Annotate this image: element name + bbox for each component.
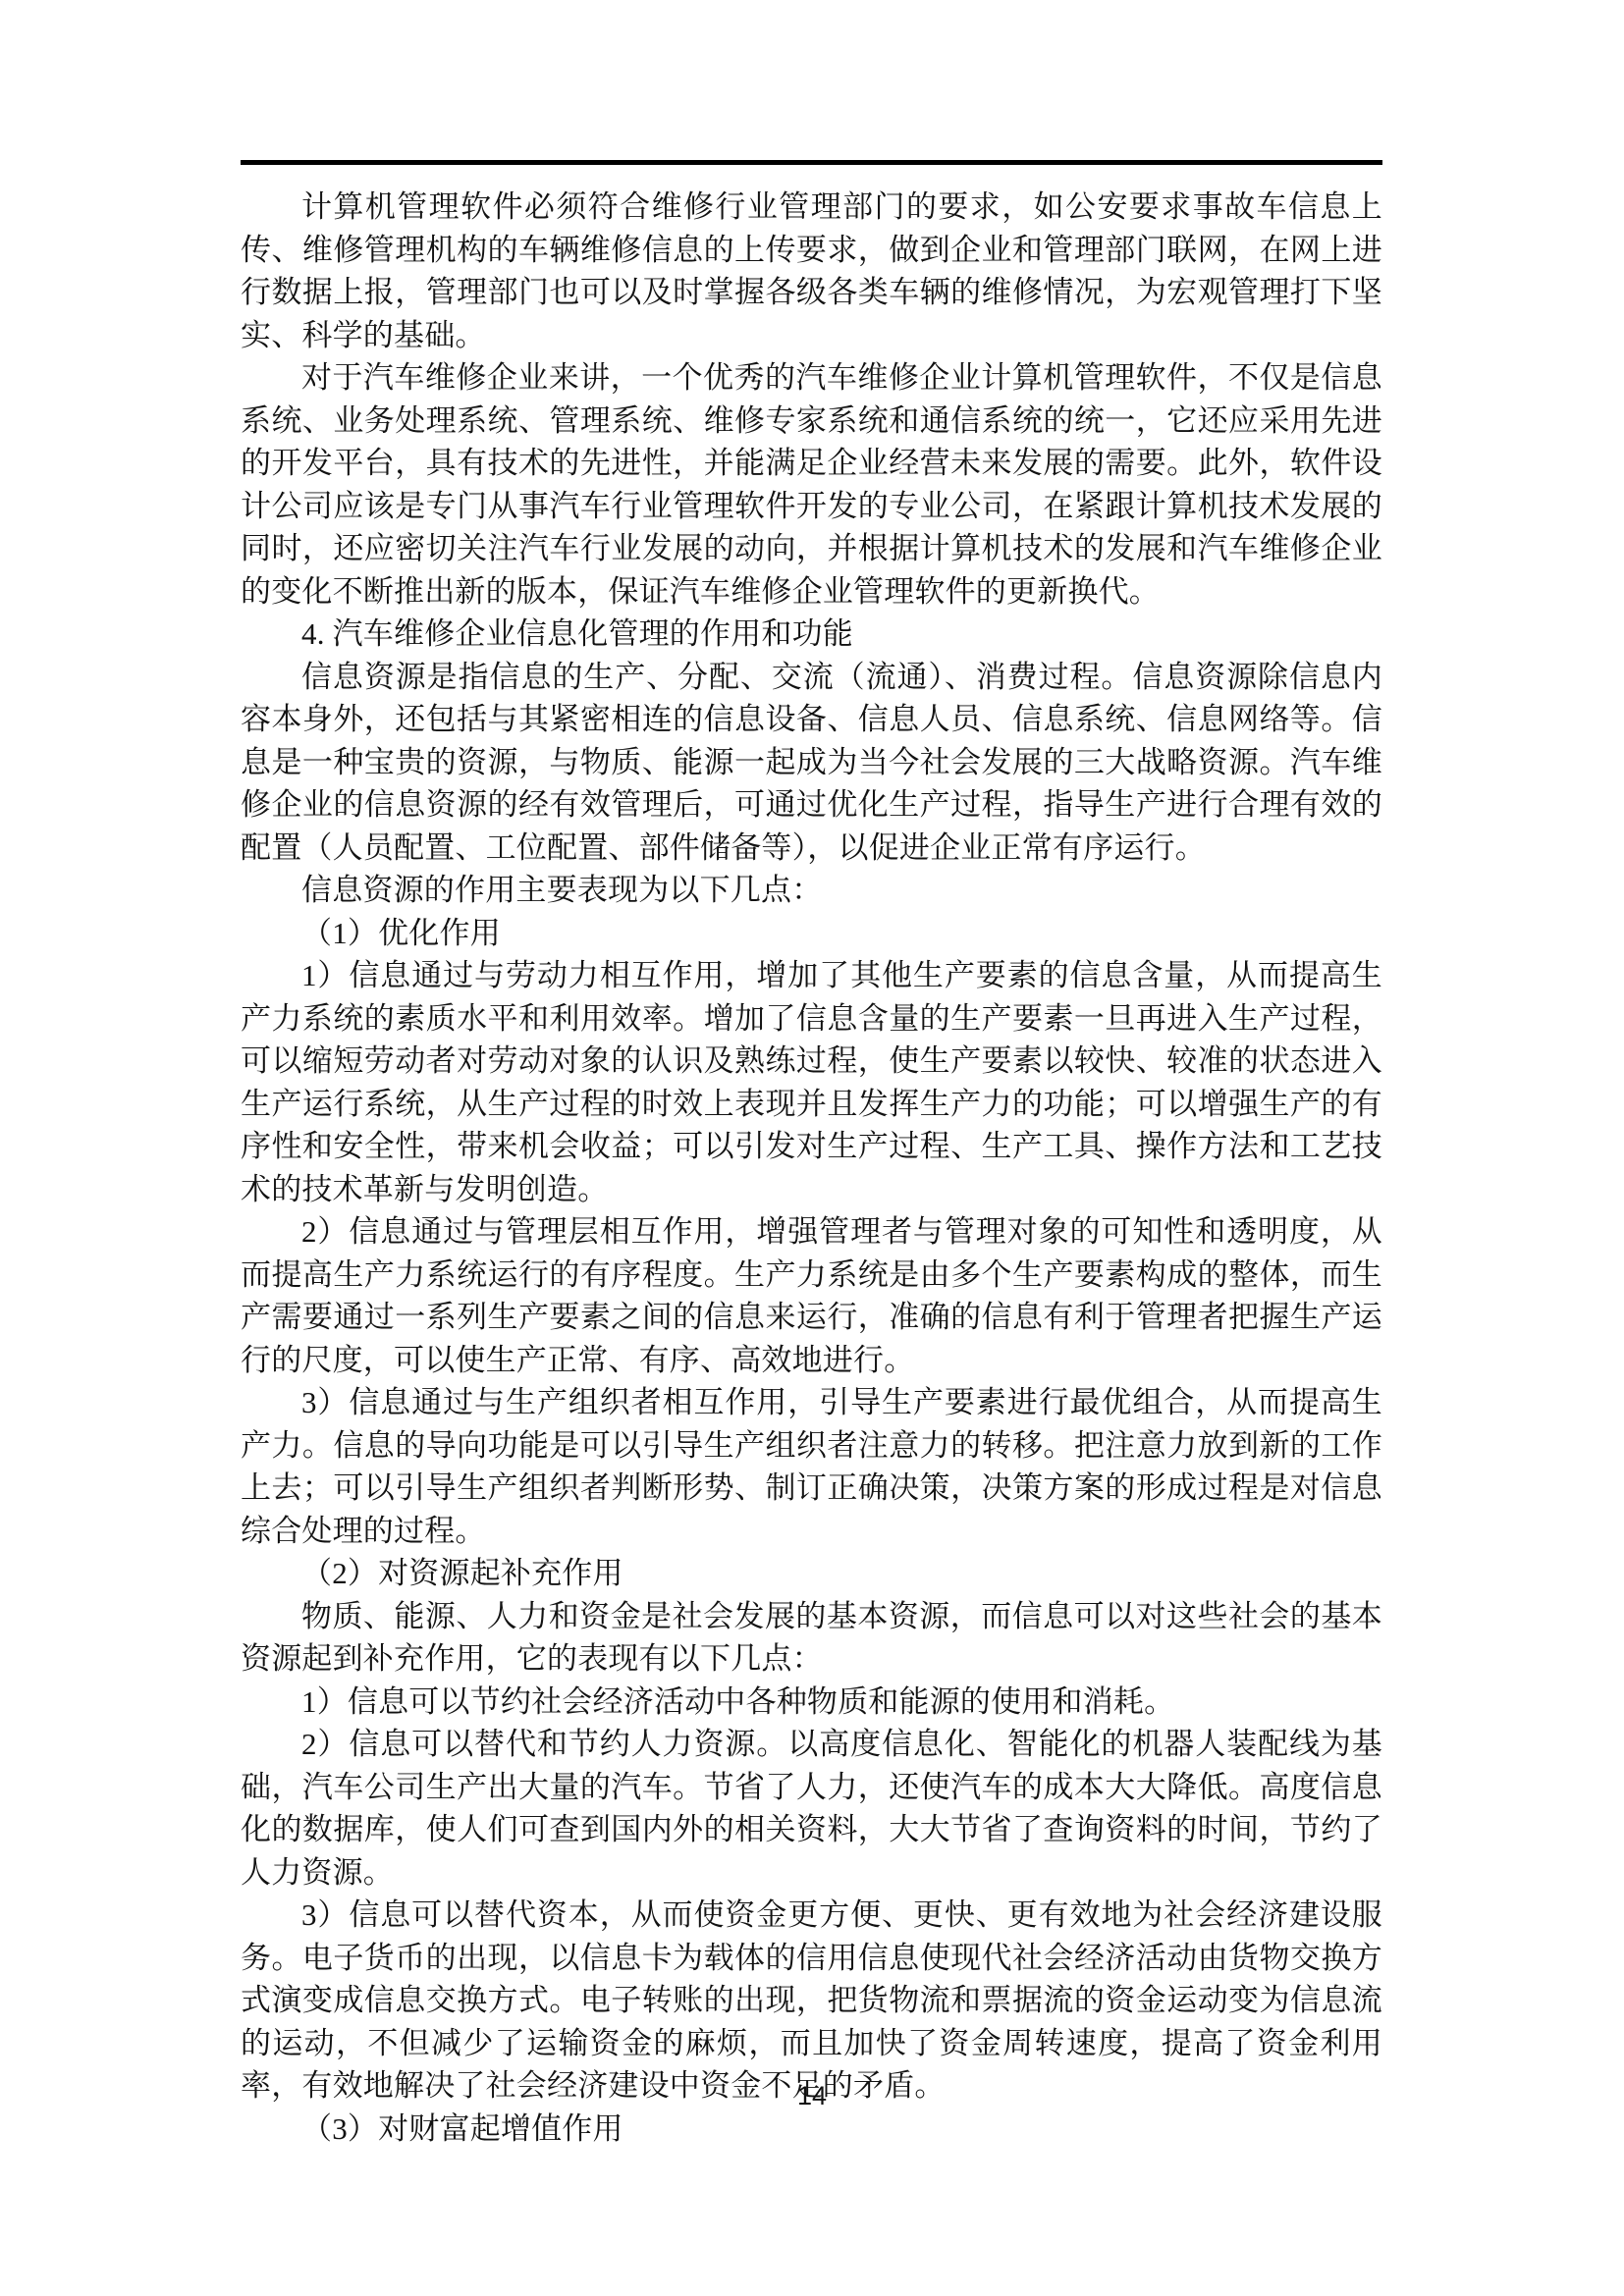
header-rule (241, 160, 1382, 165)
paragraph: 计算机管理软件必须符合维修行业管理部门的要求，如公安要求事故车信息上传、维修管理… (241, 186, 1382, 356)
paragraph: 对于汽车维修企业来讲，一个优秀的汽车维修企业计算机管理软件，不仅是信息系统、业务… (241, 356, 1382, 613)
paragraph: （2）对资源起补充作用 (241, 1552, 1382, 1595)
paragraph: 2）信息通过与管理层相互作用，增强管理者与管理对象的可知性和透明度，从而提高生产… (241, 1210, 1382, 1381)
paragraph: 3）信息通过与生产组织者相互作用，引导生产要素进行最优组合，从而提高生产力。信息… (241, 1381, 1382, 1552)
paragraph: 3）信息可以替代资本，从而使资金更方便、更快、更有效地为社会经济建设服务。电子货… (241, 1894, 1382, 2108)
paragraph: 2）信息可以替代和节约人力资源。以高度信息化、智能化的机器人装配线为基础，汽车公… (241, 1723, 1382, 1894)
document-page: 计算机管理软件必须符合维修行业管理部门的要求，如公安要求事故车信息上传、维修管理… (0, 0, 1624, 2296)
paragraph: 信息资源的作用主要表现为以下几点： (241, 869, 1382, 912)
page-number: 14 (0, 2081, 1624, 2110)
paragraph: 信息资源是指信息的生产、分配、交流（流通）、消费过程。信息资源除信息内容本身外，… (241, 656, 1382, 870)
paragraph: （1）优化作用 (241, 912, 1382, 955)
paragraph: 1）信息通过与劳动力相互作用，增加了其他生产要素的信息含量，从而提高生产力系统的… (241, 954, 1382, 1210)
paragraph: （3）对财富起增值作用 (241, 2108, 1382, 2151)
section-heading: 4. 汽车维修企业信息化管理的作用和功能 (241, 613, 1382, 656)
paragraph: 物质、能源、人力和资金是社会发展的基本资源，而信息可以对这些社会的基本资源起到补… (241, 1595, 1382, 1681)
paragraph: 1）信息可以节约社会经济活动中各种物质和能源的使用和消耗。 (241, 1681, 1382, 1724)
document-body: 计算机管理软件必须符合维修行业管理部门的要求，如公安要求事故车信息上传、维修管理… (241, 186, 1382, 2150)
